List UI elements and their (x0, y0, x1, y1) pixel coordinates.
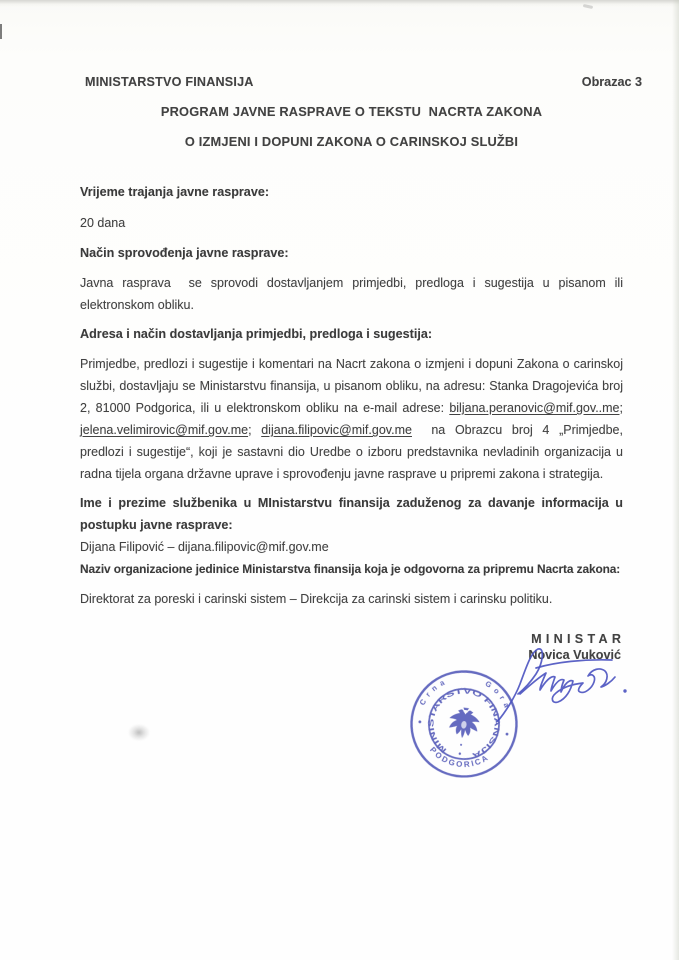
section-unit-heading: Naziv organizacione jedinice Ministarstv… (80, 558, 620, 580)
document-title-line-2: O IZMJENI I DOPUNI ZAKONA O CARINSKOJ SL… (80, 134, 623, 149)
scan-edge-left-mark (0, 24, 2, 39)
email-link-dijana[interactable]: dijana.filipovic@mif.gov.me (261, 423, 412, 437)
section-address-heading: Adresa i način dostavljanja primjedbi, p… (80, 323, 432, 345)
ink-smudge (128, 724, 150, 741)
section-unit-body: Direktorat za poreski i carinski sistem … (80, 588, 552, 610)
section-duration-heading: Vrijeme trajanja javne rasprave: (80, 181, 269, 203)
section-method-body: Javna rasprava se sprovodi dostavljanjem… (80, 272, 623, 316)
email-link-biljana[interactable]: biljana.peranovic@mif.gov..me (449, 401, 619, 415)
form-number: Obrazac 3 (582, 75, 642, 89)
email-separator: ; (620, 401, 623, 415)
document-title-line-1: PROGRAM JAVNE RASPRAVE O TEKSTU NACRTA Z… (80, 104, 623, 119)
document-header-row: MINISTARSTVO FINANSIJA Obrazac 3 (80, 75, 642, 89)
stamp-dot-inner (460, 744, 462, 746)
handwritten-signature (478, 638, 642, 722)
stamp-dot-left (418, 720, 421, 723)
section-method-heading: Način sprovođenja javne rasprave: (80, 242, 289, 264)
coat-of-arms-eagle-icon (447, 706, 481, 740)
scanned-document-page: MINISTARSTVO FINANSIJA Obrazac 3 PROGRAM… (0, 0, 679, 960)
section-contact-body: Dijana Filipović – dijana.filipovic@mif.… (80, 536, 329, 558)
email-separator: ; (248, 423, 261, 437)
email-link-jelena[interactable]: jelena.velimirovic@mif.gov.me (80, 423, 248, 437)
scan-edge-right (672, 0, 679, 960)
ministry-name: MINISTARSTVO FINANSIJA (85, 75, 254, 89)
scan-edge-top (0, 0, 679, 7)
section-address-body: Primjedbe, predlozi i sugestije i koment… (80, 353, 623, 485)
stamp-dot-right (505, 733, 508, 736)
section-duration-body: 20 dana (80, 212, 125, 234)
section-contact-heading: Ime i prezime službenika u MInistarstvu … (80, 492, 623, 536)
stamp-dot-bottom (458, 752, 461, 755)
